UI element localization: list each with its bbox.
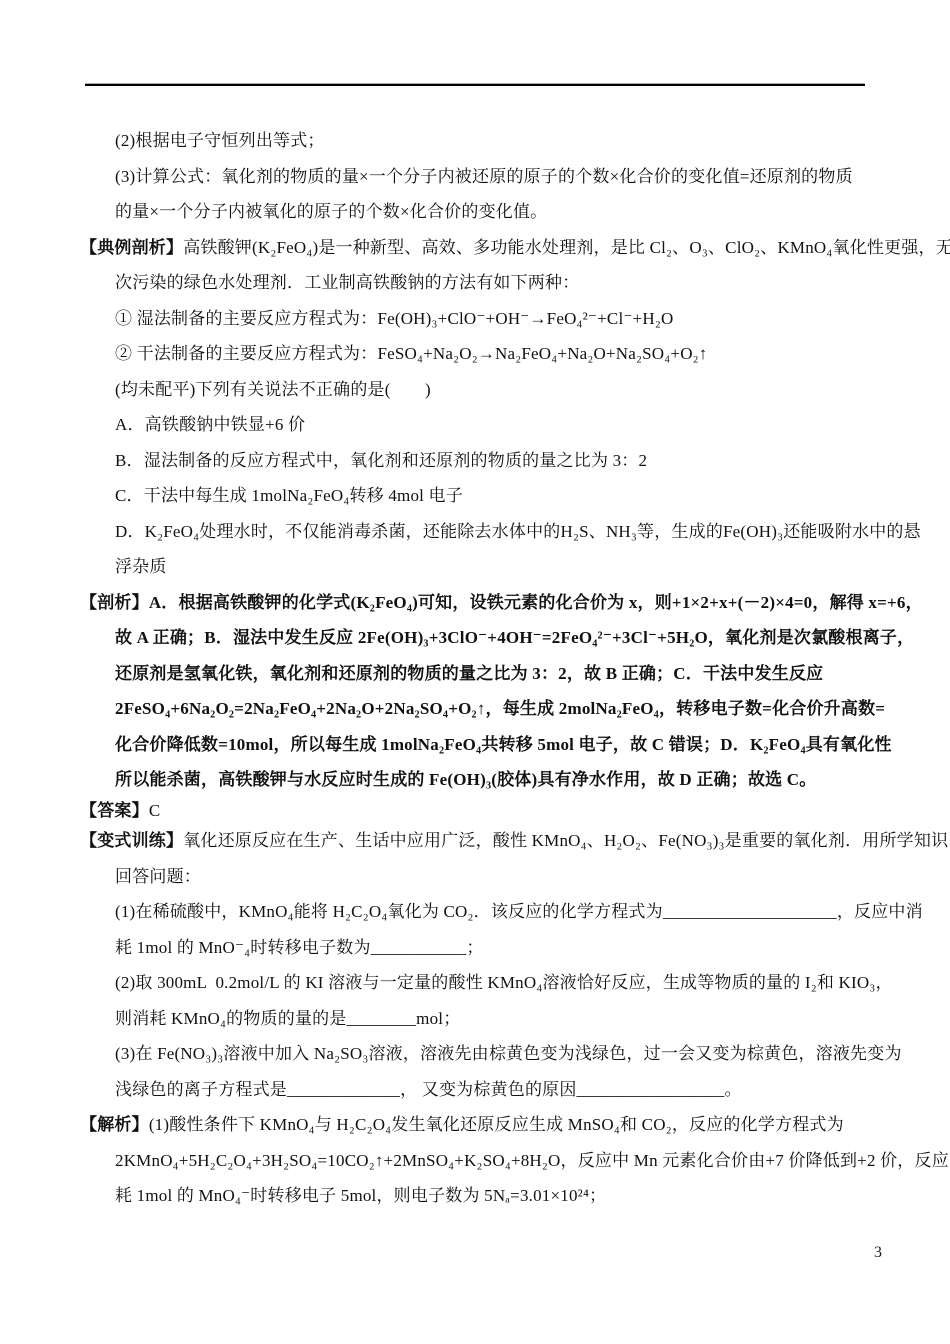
line-text: 则消耗 KMnO₄的物质的量的是________mol； (115, 1009, 460, 1028)
doc-line: 故 A 正确；B．湿法中发生反应 2Fe(OH)₃+3ClO⁻+4OH⁻=2Fe… (80, 620, 910, 656)
doc-line-analysis: 【剖析】A．根据高铁酸钾的化学式(K₂FeO₄)可知，设铁元素的化合价为 x，则… (80, 585, 910, 621)
line-text: C．干法中每生成 1molNa₂FeO₄转移 4mol 电子 (115, 486, 463, 505)
line-text: A．高铁酸钠中铁显+6 价 (115, 415, 305, 434)
line-text: 故 A 正确；B．湿法中发生反应 2Fe(OH)₃+3ClO⁻+4OH⁻=2Fe… (115, 628, 914, 647)
doc-line-sub-question-2: (2)取 300mL 0.2mol/L 的 KI 溶液与一定量的酸性 KMnO₄… (80, 965, 910, 1001)
doc-line-equation-wet: ① 湿法制备的主要反应方程式为：Fe(OH)₃+ClO⁻+OH⁻→FeO₄²⁻+… (80, 301, 910, 337)
line-text: 回答问题： (115, 867, 201, 886)
section-label: 【解析】 (80, 1115, 149, 1134)
line-text: 浅绿色的离子方程式是_____________， 又变为棕黄色的原因______… (115, 1080, 742, 1099)
line-text: 的量×一个分子内被氧化的原子的个数×化合价的变化值。 (115, 202, 547, 221)
doc-line-option-b: B．湿法制备的反应方程式中，氧化剂和还原剂的物质的量之比为 3：2 (80, 443, 910, 479)
line-text: (2)根据电子守恒列出等式； (115, 131, 325, 150)
line-text: 化合价降低数=10mol，所以每生成 1molNa₂FeO₄共转移 5mol 电… (115, 735, 892, 754)
line-text: 2FeSO₄+6Na₂O₂=2Na₂FeO₄+2Na₂O+2Na₂SO₄+O₂↑… (115, 699, 885, 718)
doc-line: 耗 1mol 的 MnO⁻₄时转移电子数为___________； (80, 930, 910, 966)
line-text: (均未配平)下列有关说法不正确的是( ) (115, 380, 431, 399)
line-text: ① 湿法制备的主要反应方程式为：Fe(OH)₃+ClO⁻+OH⁻→FeO₄²⁻+… (115, 309, 673, 328)
line-text: (1)在稀硫酸中，KMnO₄能将 H₂C₂O₄氧化为 CO₂．该反应的化学方程式… (115, 902, 923, 921)
line-text: (2)取 300mL 0.2mol/L 的 KI 溶液与一定量的酸性 KMnO₄… (115, 973, 893, 992)
line-text: (3)计算公式：氧化剂的物质的量×一个分子内被还原的原子的个数×化合价的变化值=… (115, 167, 853, 186)
doc-line-explanation: 【解析】(1)酸性条件下 KMnO₄与 H₂C₂O₄发生氧化还原反应生成 MnS… (80, 1107, 910, 1143)
line-text: 浮杂质 (115, 557, 167, 576)
doc-line: 所以能杀菌，高铁酸钾与水反应时生成的 Fe(OH)₃(胶体)具有净水作用，故 D… (80, 762, 910, 798)
page-header-rule (85, 83, 865, 86)
doc-line: 2KMnO₄+5H₂C₂O₄+3H₂SO₄=10CO₂↑+2MnSO₄+K₂SO… (80, 1143, 910, 1179)
doc-line: 还原剂是氢氧化铁，氧化剂和还原剂的物质的量之比为 3：2，故 B 正确；C．干法… (80, 656, 910, 692)
section-label: 【剖析】 (80, 593, 149, 612)
section-label: 【答案】 (80, 801, 149, 820)
doc-line-example-analysis: 【典例剖析】高铁酸钾(K₂FeO₄)是一种新型、高效、多功能水处理剂，是比 Cl… (80, 230, 910, 266)
line-text: B．湿法制备的反应方程式中，氧化剂和还原剂的物质的量之比为 3：2 (115, 451, 647, 470)
line-text: C (149, 801, 161, 820)
line-text: (1)酸性条件下 KMnO₄与 H₂C₂O₄发生氧化还原反应生成 MnSO₄和 … (149, 1115, 844, 1134)
doc-line: (3)计算公式：氧化剂的物质的量×一个分子内被还原的原子的个数×化合价的变化值=… (80, 159, 910, 195)
section-label: 【变式训练】 (80, 831, 183, 850)
line-text: (3)在 Fe(NO₃)₃溶液中加入 Na₂SO₃溶液，溶液先由棕黄色变为浅绿色… (115, 1044, 902, 1063)
doc-line: 次污染的绿色水处理剂．工业制高铁酸钠的方法有如下两种： (80, 265, 910, 301)
document-page: { "page": { "number": "3" }, "colors": {… (0, 0, 950, 1344)
doc-line-equation-dry: ② 干法制备的主要反应方程式为：FeSO₄+Na₂O₂→Na₂FeO₄+Na₂O… (80, 336, 910, 372)
doc-line-question-stem: (均未配平)下列有关说法不正确的是( ) (80, 372, 910, 408)
page-number: 3 (874, 1240, 882, 1266)
document-body: (2)根据电子守恒列出等式； (3)计算公式：氧化剂的物质的量×一个分子内被还原… (80, 123, 910, 1214)
line-text: 耗 1mol 的 MnO⁻₄时转移电子数为___________； (115, 938, 484, 957)
section-label: 【典例剖析】 (80, 238, 183, 257)
doc-line-option-d: D．K₂FeO₄处理水时，不仅能消毒杀菌，还能除去水体中的H₂S、NH₃等，生成… (80, 514, 910, 550)
line-text: ② 干法制备的主要反应方程式为：FeSO₄+Na₂O₂→Na₂FeO₄+Na₂O… (115, 344, 708, 363)
doc-line-option-a: A．高铁酸钠中铁显+6 价 (80, 407, 910, 443)
line-text: 次污染的绿色水处理剂．工业制高铁酸钠的方法有如下两种： (115, 273, 579, 292)
line-text: 还原剂是氢氧化铁，氧化剂和还原剂的物质的量之比为 3：2，故 B 正确；C．干法… (115, 664, 823, 683)
doc-line: (2)根据电子守恒列出等式； (80, 123, 910, 159)
doc-line: 化合价降低数=10mol，所以每生成 1molNa₂FeO₄共转移 5mol 电… (80, 727, 910, 763)
line-text: 高铁酸钾(K₂FeO₄)是一种新型、高效、多功能水处理剂，是比 Cl₂、O₃、C… (183, 238, 950, 257)
line-text: D．K₂FeO₄处理水时，不仅能消毒杀菌，还能除去水体中的H₂S、NH₃等，生成… (115, 522, 921, 541)
doc-line: 则消耗 KMnO₄的物质的量的是________mol； (80, 1001, 910, 1037)
doc-line-sub-question-1: (1)在稀硫酸中，KMnO₄能将 H₂C₂O₄氧化为 CO₂．该反应的化学方程式… (80, 894, 910, 930)
doc-line: 2FeSO₄+6Na₂O₂=2Na₂FeO₄+2Na₂O+2Na₂SO₄+O₂↑… (80, 691, 910, 727)
doc-line-option-c: C．干法中每生成 1molNa₂FeO₄转移 4mol 电子 (80, 478, 910, 514)
doc-line: 耗 1mol 的 MnO₄⁻时转移电子 5mol，则电子数为 5Nₐ=3.01×… (80, 1178, 910, 1214)
doc-line: 的量×一个分子内被氧化的原子的个数×化合价的变化值。 (80, 194, 910, 230)
line-text: 氧化还原反应在生产、生话中应用广泛，酸性 KMnO₄、H₂O₂、Fe(NO₃)₃… (183, 831, 948, 850)
line-text: 2KMnO₄+5H₂C₂O₄+3H₂SO₄=10CO₂↑+2MnSO₄+K₂SO… (115, 1151, 950, 1170)
line-text: 耗 1mol 的 MnO₄⁻时转移电子 5mol，则电子数为 5Nₐ=3.01×… (115, 1186, 606, 1205)
doc-line: 回答问题： (80, 859, 910, 895)
doc-line: 浅绿色的离子方程式是_____________， 又变为棕黄色的原因______… (80, 1072, 910, 1108)
line-text: A．根据高铁酸钾的化学式(K₂FeO₄)可知，设铁元素的化合价为 x，则+1×2… (149, 593, 923, 612)
doc-line-variant-training: 【变式训练】氧化还原反应在生产、生话中应用广泛，酸性 KMnO₄、H₂O₂、Fe… (80, 823, 910, 859)
doc-line: 浮杂质 (80, 549, 910, 585)
line-text: 所以能杀菌，高铁酸钾与水反应时生成的 Fe(OH)₃(胶体)具有净水作用，故 D… (115, 770, 816, 789)
doc-line-sub-question-3: (3)在 Fe(NO₃)₃溶液中加入 Na₂SO₃溶液，溶液先由棕黄色变为浅绿色… (80, 1036, 910, 1072)
